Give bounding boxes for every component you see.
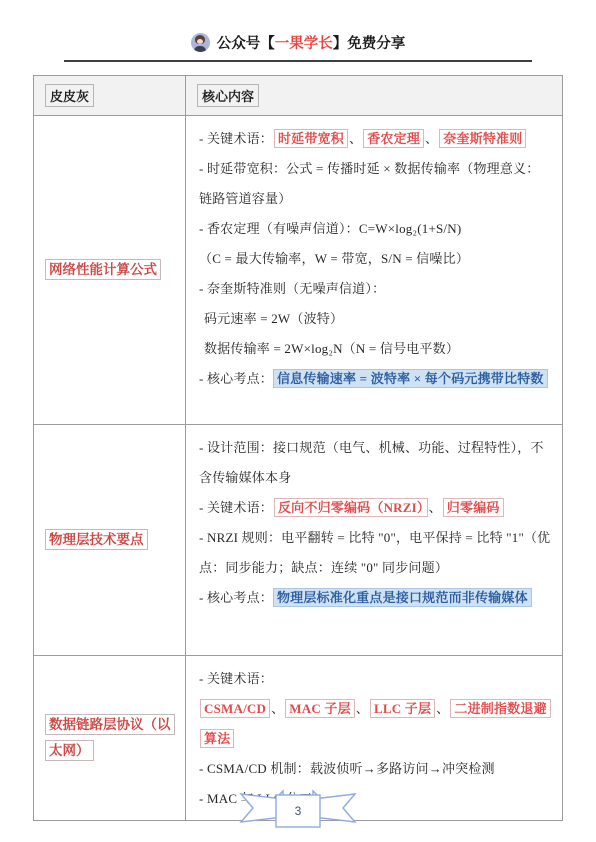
text-run: - 时延带宽积：公式 = 传播时延 × 数据传输率（物理意义：链路管道容量） bbox=[199, 161, 539, 206]
key-term: 香农定理 bbox=[363, 129, 424, 148]
topic-label: 数据链路层协议（以太网） bbox=[45, 714, 175, 761]
text-run: 码元速率 = 2W（波特） bbox=[204, 311, 343, 326]
table-header-row: 皮皮灰 核心内容 bbox=[34, 76, 563, 116]
content-paragraph: - 时延带宽积：公式 = 传播时延 × 数据传输率（物理意义：链路管道容量） bbox=[199, 154, 552, 214]
content-paragraph: - 核心考点：物理层标准化重点是接口规范而非传输媒体 bbox=[199, 583, 552, 613]
text-run: - CSMA/CD 机制：载波侦听→多路访问→冲突检测 bbox=[199, 761, 495, 776]
text-run: 、 bbox=[271, 701, 284, 716]
content-paragraph: CSMA/CD、MAC 子层、LLC 子层、二进制指数退避算法 bbox=[199, 694, 552, 754]
text-run: - 关键术语： bbox=[199, 500, 273, 515]
content-cell: - 关键术语：时延带宽积、香农定理、奈奎斯特准则- 时延带宽积：公式 = 传播时… bbox=[186, 116, 563, 425]
column-header-topic-label: 皮皮灰 bbox=[45, 84, 94, 107]
header-text-prefix: 公众号【 bbox=[217, 36, 275, 52]
header-divider-line bbox=[64, 60, 532, 62]
text-run: - 关键术语： bbox=[199, 131, 273, 146]
key-term: LLC 子层 bbox=[370, 699, 435, 718]
key-term: MAC 子层 bbox=[285, 699, 355, 718]
text-run: - 奈奎斯特准则（无噪声信道）： bbox=[199, 281, 385, 296]
avatar-torso bbox=[194, 46, 206, 52]
column-header-topic: 皮皮灰 bbox=[34, 76, 186, 116]
text-run: 、 bbox=[429, 500, 442, 515]
content-paragraph: - 关键术语： bbox=[199, 664, 552, 694]
table-row: 网络性能计算公式 - 关键术语：时延带宽积、香农定理、奈奎斯特准则- 时延带宽积… bbox=[34, 116, 563, 425]
topic-label: 物理层技术要点 bbox=[45, 529, 148, 550]
content-paragraph: - CSMA/CD 机制：载波侦听→多路访问→冲突检测 bbox=[199, 754, 552, 784]
text-run: 数据传输率 = 2W×log₂N（N = 信号电平数） bbox=[204, 341, 459, 356]
key-term: 时延带宽积 bbox=[274, 129, 348, 148]
content-paragraph: - 关键术语：时延带宽积、香农定理、奈奎斯特准则 bbox=[199, 124, 552, 154]
highlighted-point: 物理层标准化重点是接口规范而非传输媒体 bbox=[273, 588, 532, 607]
content-paragraph: - NRZI 规则：电平翻转 = 比特 "0"，电平保持 = 比特 "1"（优点… bbox=[199, 523, 552, 583]
column-header-content-label: 核心内容 bbox=[197, 84, 259, 107]
text-run: - 设计范围：接口规范（电气、机械、功能、过程特性），不含传输媒体本身 bbox=[199, 440, 544, 485]
topic-cell: 数据链路层协议（以太网） bbox=[34, 656, 186, 821]
content-paragraph: - 设计范围：接口规范（电气、机械、功能、过程特性），不含传输媒体本身 bbox=[199, 433, 552, 493]
text-run: - 香农定理（有噪声信道）：C=W×log₂(1+S/N) bbox=[199, 221, 461, 236]
key-term: CSMA/CD bbox=[200, 699, 270, 718]
content-paragraph: 码元速率 = 2W（波特） bbox=[199, 304, 552, 334]
header-brand-name: 一果学长 bbox=[275, 36, 333, 52]
key-term: 奈奎斯特准则 bbox=[439, 129, 526, 148]
page-number: 3 bbox=[295, 804, 302, 818]
text-run: - 核心考点： bbox=[199, 371, 273, 386]
topic-cell: 网络性能计算公式 bbox=[34, 116, 186, 425]
text-run: - 核心考点： bbox=[199, 590, 273, 605]
topic-cell: 物理层技术要点 bbox=[34, 425, 186, 656]
key-term: 反向不归零编码（NRZI） bbox=[274, 498, 428, 517]
column-header-content: 核心内容 bbox=[186, 76, 563, 116]
table-row: 物理层技术要点 - 设计范围：接口规范（电气、机械、功能、过程特性），不含传输媒… bbox=[34, 425, 563, 656]
content-paragraph: - 香农定理（有噪声信道）：C=W×log₂(1+S/N) bbox=[199, 214, 552, 244]
content-paragraph: - 核心考点：信息传输速率 = 波特率 × 每个码元携带比特数 bbox=[199, 364, 552, 394]
content-paragraph: - 关键术语：反向不归零编码（NRZI）、归零编码 bbox=[199, 493, 552, 523]
header-text-suffix: 】免费分享 bbox=[333, 36, 406, 52]
topic-label: 网络性能计算公式 bbox=[45, 259, 161, 280]
text-run: 、 bbox=[349, 131, 362, 146]
text-run: （C = 最大传输率，W = 带宽，S/N = 信噪比） bbox=[199, 251, 469, 266]
content-paragraph: - 奈奎斯特准则（无噪声信道）： bbox=[199, 274, 552, 304]
text-run: 、 bbox=[436, 701, 449, 716]
page-header: 公众号【一果学长】免费分享 bbox=[0, 32, 596, 53]
highlighted-point: 信息传输速率 = 波特率 × 每个码元携带比特数 bbox=[273, 369, 548, 388]
key-term: 归零编码 bbox=[443, 498, 504, 517]
notes-table: 皮皮灰 核心内容 网络性能计算公式 - 关键术语：时延带宽积、香农定理、奈奎斯特… bbox=[33, 75, 563, 821]
text-run: - NRZI 规则：电平翻转 = 比特 "0"，电平保持 = 比特 "1"（优点… bbox=[199, 530, 550, 575]
text-run: 、 bbox=[425, 131, 438, 146]
content-paragraph: 数据传输率 = 2W×log₂N（N = 信号电平数） bbox=[199, 334, 552, 364]
page-number-banner: 3 bbox=[239, 786, 357, 834]
content-paragraph: （C = 最大传输率，W = 带宽，S/N = 信噪比） bbox=[199, 244, 552, 274]
text-run: - 关键术语： bbox=[199, 671, 273, 686]
person-avatar-icon bbox=[191, 33, 210, 52]
text-run: 、 bbox=[356, 701, 369, 716]
content-cell: - 设计范围：接口规范（电气、机械、功能、过程特性），不含传输媒体本身- 关键术… bbox=[186, 425, 563, 656]
